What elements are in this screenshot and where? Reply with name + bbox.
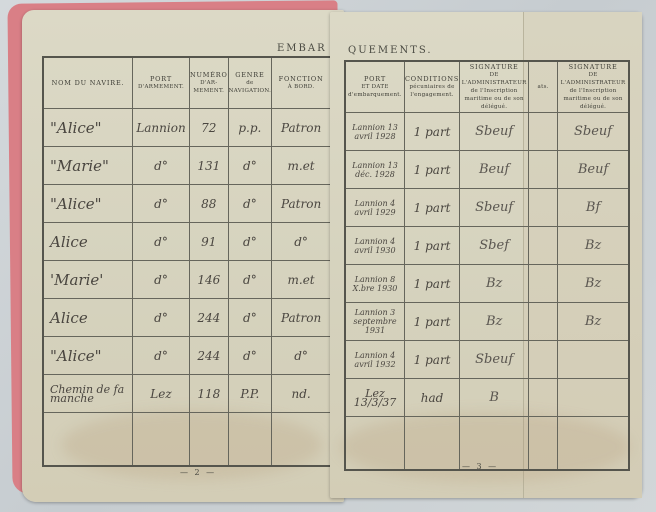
cell-port-date: Lannion 3 septembre 1931 <box>345 303 405 341</box>
cell-genre: d° <box>228 337 272 375</box>
cell-port-date: Lannion 13 avril 1928 <box>345 113 405 151</box>
page-number-right: — 3 — <box>462 462 498 471</box>
table-row: "Alice" Lannion 72 p.p. Patron <box>43 109 331 147</box>
cell-port: Lez <box>133 375 190 413</box>
right-ledger-table: PORTET DATE d'embarquement. CONDITIONSpé… <box>344 60 630 471</box>
cell-fonction: Patron <box>272 185 331 223</box>
cell-signature: Sbef <box>460 227 529 265</box>
cell-navire: Alice <box>43 299 133 337</box>
table-row: "Marie" d° 131 d° m.et <box>43 147 331 185</box>
cell-navire: Chemin de fa manche <box>43 375 133 413</box>
cell-fonction <box>272 413 331 467</box>
cell-port-date: Lannion 4 avril 1932 <box>345 341 405 379</box>
table-row-empty <box>43 413 331 467</box>
cell-port: d° <box>133 223 190 261</box>
col-conditions: CONDITIONSpécuniaires de l'engagement. <box>405 61 460 113</box>
cell-numero: 244 <box>190 299 229 337</box>
cell-port-date: Lannion 4 avril 1930 <box>345 227 405 265</box>
cell-conditions: 1 part <box>405 303 460 341</box>
cell-extra <box>529 265 558 303</box>
cell-numero: 244 <box>190 337 229 375</box>
cell-navire: "Alice" <box>43 337 133 375</box>
cell-numero: 88 <box>190 185 229 223</box>
table-row: Lannion 13 avril 1928 1 part Sbeuf Sbeuf <box>345 113 629 151</box>
cell-port: d° <box>133 261 190 299</box>
col-port-date: PORTET DATE d'embarquement. <box>345 61 405 113</box>
cell-port: d° <box>133 185 190 223</box>
cell-genre: d° <box>228 185 272 223</box>
cell-port-date: Lannion 13 déc. 1928 <box>345 151 405 189</box>
cell-fonction: d° <box>272 337 331 375</box>
col-extra: ats. <box>529 61 558 113</box>
cell-fonction: d° <box>272 223 331 261</box>
cell-signature: Sbeuf <box>460 341 529 379</box>
cell-conditions: 1 part <box>405 341 460 379</box>
cell-signature: Sbeuf <box>460 113 529 151</box>
header-row: NOM DU NAVIRE. PORTD'ARMEMENT. NUMÉROD'A… <box>43 57 331 109</box>
cell-conditions: 1 part <box>405 151 460 189</box>
table-row: Lannion 4 avril 1929 1 part Sbeuf Bf <box>345 189 629 227</box>
heading-right: QUEMENTS. <box>348 45 433 56</box>
cell-numero: 72 <box>190 109 229 147</box>
cell-port: Lannion <box>133 109 190 147</box>
table-row: Lannion 4 avril 1932 1 part Sbeuf <box>345 341 629 379</box>
cell-signature: Bz <box>460 303 529 341</box>
cell-navire: "Marie" <box>43 147 133 185</box>
cell-genre: P.P. <box>228 375 272 413</box>
cell-fonction: nd. <box>272 375 331 413</box>
table-row: Alice d° 244 d° Patron <box>43 299 331 337</box>
cell-genre <box>228 413 272 467</box>
cell-navire <box>43 413 133 467</box>
cell-port: d° <box>133 299 190 337</box>
cell-port-date: Lannion 4 avril 1929 <box>345 189 405 227</box>
right-page: QUEMENTS. PORTET DATE d'embarquement. CO… <box>330 12 642 498</box>
header-row: PORTET DATE d'embarquement. CONDITIONSpé… <box>345 61 629 113</box>
cell-extra <box>529 303 558 341</box>
cell-extra <box>529 341 558 379</box>
cell-numero: 146 <box>190 261 229 299</box>
cell-port-date: Lez 13/3/37 <box>345 379 405 417</box>
cell-navire: "Alice" <box>43 185 133 223</box>
cell-genre: d° <box>228 299 272 337</box>
cell-navire: Alice <box>43 223 133 261</box>
left-ledger-table: NOM DU NAVIRE. PORTD'ARMEMENT. NUMÉROD'A… <box>42 56 332 467</box>
cell-fonction: m.et <box>272 147 331 185</box>
cell-numero: 91 <box>190 223 229 261</box>
cell-numero: 118 <box>190 375 229 413</box>
cell-fonction: Patron <box>272 299 331 337</box>
cell-port: d° <box>133 337 190 375</box>
cell-extra <box>529 151 558 189</box>
col-fonction: FONCTIONÀ BORD. <box>272 57 331 109</box>
cell-signature-2: Sbeuf <box>558 113 629 151</box>
cell-extra <box>529 113 558 151</box>
cell-genre: d° <box>228 223 272 261</box>
table-row: Lannion 3 septembre 1931 1 part Bz Bz <box>345 303 629 341</box>
cell-extra <box>529 417 558 471</box>
cell-conditions: 1 part <box>405 113 460 151</box>
cell-signature-2 <box>558 417 629 471</box>
cell-extra <box>529 379 558 417</box>
col-signature: SIGNATUREDE L'ADMINISTRATEUR de l'Inscri… <box>460 61 529 113</box>
cell-navire: "Alice" <box>43 109 133 147</box>
table-row: Chemin de fa manche Lez 118 P.P. nd. <box>43 375 331 413</box>
cell-conditions: 1 part <box>405 227 460 265</box>
col-nom-navire: NOM DU NAVIRE. <box>43 57 133 109</box>
cell-conditions: 1 part <box>405 265 460 303</box>
cell-genre: d° <box>228 261 272 299</box>
cell-port-date: Lannion 8 X.bre 1930 <box>345 265 405 303</box>
col-port-armement: PORTD'ARMEMENT. <box>133 57 190 109</box>
cell-signature: Bz <box>460 265 529 303</box>
table-row: Lannion 4 avril 1930 1 part Sbef Bz <box>345 227 629 265</box>
cell-fonction: m.et <box>272 261 331 299</box>
cell-port: d° <box>133 147 190 185</box>
cell-numero: 131 <box>190 147 229 185</box>
cell-signature-2: Bz <box>558 265 629 303</box>
cell-genre: p.p. <box>228 109 272 147</box>
cell-port <box>133 413 190 467</box>
col-signature-2: SIGNATUREDE L'ADMINISTRATEUR de l'Inscri… <box>558 61 629 113</box>
cell-conditions: 1 part <box>405 189 460 227</box>
cell-port-date <box>345 417 405 471</box>
cell-signature-2 <box>558 379 629 417</box>
cell-genre: d° <box>228 147 272 185</box>
table-row: Lannion 8 X.bre 1930 1 part Bz Bz <box>345 265 629 303</box>
cell-signature-2 <box>558 341 629 379</box>
cell-extra <box>529 227 558 265</box>
left-page: EMBAR NOM DU NAVIRE. PORTD'ARMEMENT. NUM… <box>22 10 344 502</box>
table-row: "Alice" d° 244 d° d° <box>43 337 331 375</box>
cell-signature-2: Bf <box>558 189 629 227</box>
cell-fonction: Patron <box>272 109 331 147</box>
cell-conditions <box>405 417 460 471</box>
cell-conditions: had <box>405 379 460 417</box>
cell-signature: B <box>460 379 529 417</box>
heading-left: EMBAR <box>277 43 327 54</box>
col-genre: GENREde NAVIGATION. <box>228 57 272 109</box>
cell-signature: Beuf <box>460 151 529 189</box>
cell-signature: Sbeuf <box>460 189 529 227</box>
table-row: 'Marie' d° 146 d° m.et <box>43 261 331 299</box>
cell-signature-2: Beuf <box>558 151 629 189</box>
cell-extra <box>529 189 558 227</box>
cell-signature-2: Bz <box>558 303 629 341</box>
page-number-left: — 2 — <box>180 468 216 477</box>
col-numero: NUMÉROD'AR- MEMENT. <box>190 57 229 109</box>
cell-numero <box>190 413 229 467</box>
table-row: "Alice" d° 88 d° Patron <box>43 185 331 223</box>
table-row: Alice d° 91 d° d° <box>43 223 331 261</box>
table-row: Lannion 13 déc. 1928 1 part Beuf Beuf <box>345 151 629 189</box>
cell-signature-2: Bz <box>558 227 629 265</box>
table-row: Lez 13/3/37 had B <box>345 379 629 417</box>
cell-navire: 'Marie' <box>43 261 133 299</box>
